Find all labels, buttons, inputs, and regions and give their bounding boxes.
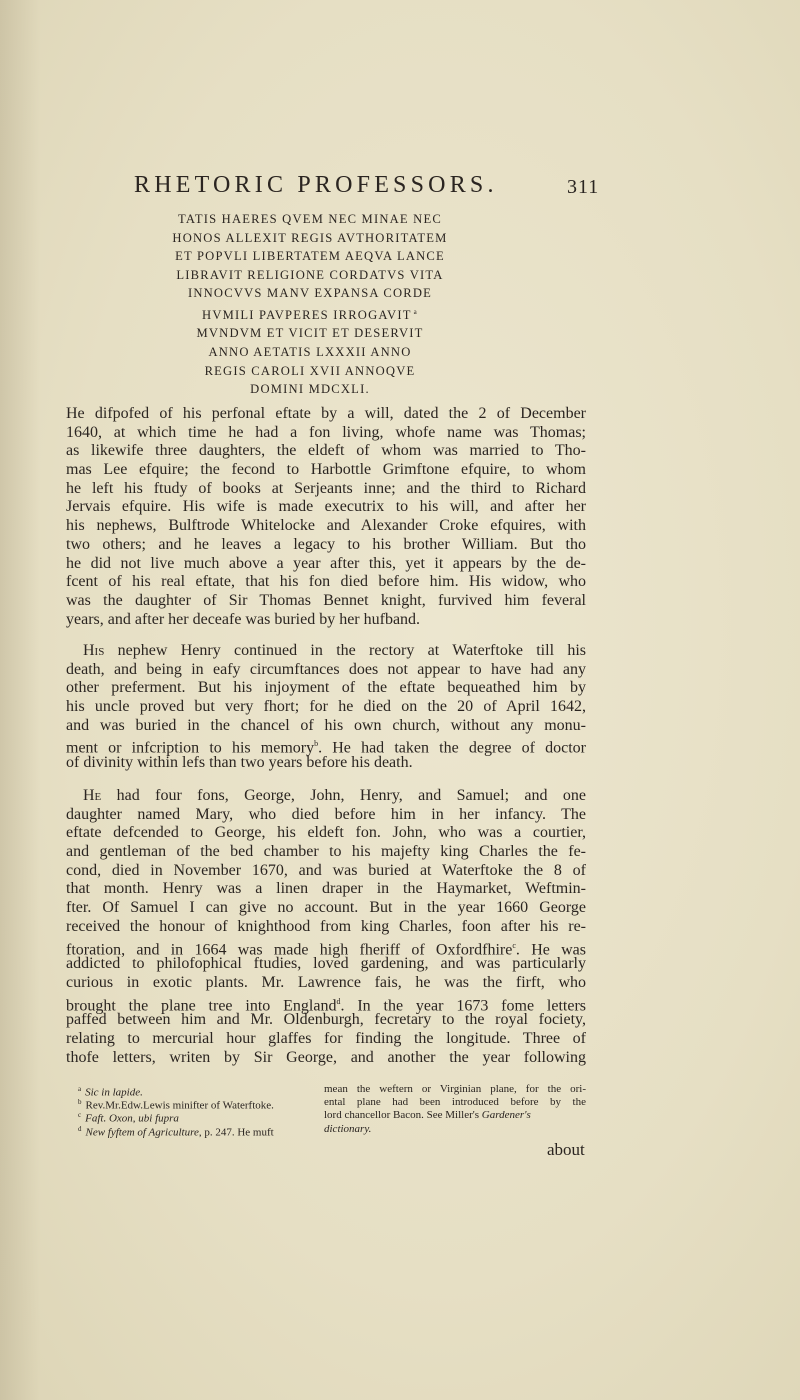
catchword: about bbox=[547, 1140, 585, 1160]
footnotes-left-column: aSic in lapide. bRev.Mr.Edw.Lewis minift… bbox=[78, 1083, 323, 1136]
lead-word: He bbox=[83, 787, 101, 804]
footnote-text: , p. 247. He muft bbox=[199, 1126, 274, 1138]
footnote-mark: a bbox=[78, 1085, 81, 1093]
text-line: received the honour of knighthood from k… bbox=[66, 918, 586, 937]
text-line: other preferment. But his injoyment of t… bbox=[66, 679, 586, 698]
text-line: 1640, at which time he had a fon living,… bbox=[66, 424, 586, 443]
footnote-text: lord chancellor Bacon. See Miller's bbox=[324, 1109, 479, 1121]
footnote-title: New fyftem of Agriculture bbox=[86, 1126, 199, 1138]
paragraph-2: His nephew Henry continued in the rector… bbox=[66, 642, 586, 773]
text-line: curious in exotic plants. Mr. Lawrence f… bbox=[66, 974, 586, 993]
epitaph-line: HVMILI PAVPERES IRROGAVITa bbox=[80, 303, 540, 325]
epitaph-line: LIBRAVIT RELIGIONE CORDATVS VITA bbox=[80, 266, 540, 285]
footnote-ref: a bbox=[414, 308, 418, 316]
text-line: eftate defcended to George, his eldeft f… bbox=[66, 824, 586, 843]
footnotes-right-column: mean the weftern or Virginian plane, for… bbox=[324, 1083, 586, 1136]
footnote-continuation: mean the weftern or Virginian plane, for… bbox=[324, 1083, 586, 1096]
epitaph-line: ANNO AETATIS LXXXII ANNO bbox=[80, 343, 540, 362]
epitaph-text: HVMILI PAVPERES IRROGAVIT bbox=[202, 308, 412, 322]
footnote: bRev.Mr.Edw.Lewis minifter of Waterftoke… bbox=[78, 1096, 323, 1109]
text-line: daughter named Mary, who died before him… bbox=[66, 806, 586, 825]
text-line: ftoration, and in 1664 was made high fhe… bbox=[66, 937, 586, 956]
text-line: two others; and he leaves a legacy to hi… bbox=[66, 536, 586, 555]
text-line: as likewife three daughters, the eldeft … bbox=[66, 442, 586, 461]
paragraph-3: He had four fons, George, John, Henry, a… bbox=[66, 787, 586, 1067]
epitaph-line: REGIS CAROLI XVII ANNOQVE bbox=[80, 362, 540, 381]
text-line: was the daughter of Sir Thomas Bennet kn… bbox=[66, 592, 586, 611]
footnote-title: dictionary. bbox=[324, 1123, 371, 1135]
text-line: Jervais efquire. His wife is made execut… bbox=[66, 498, 586, 517]
footnote-mark: d bbox=[78, 1125, 82, 1133]
text-line: ment or infcription to his memoryb. He h… bbox=[66, 735, 586, 754]
footnote-continuation: ental plane had been introduced before b… bbox=[324, 1096, 586, 1109]
footnote-mark: c bbox=[78, 1111, 81, 1119]
epitaph-line: ET POPVLI LIBERTATEM AEQVA LANCE bbox=[80, 247, 540, 266]
text-line: thofe letters, writen by Sir George, and… bbox=[66, 1049, 586, 1068]
text-line: addicted to philofophical ftudies, loved… bbox=[66, 955, 586, 974]
epitaph-inscription: TATIS HAERES QVEM NEC MINAE NEC HONOS AL… bbox=[80, 210, 540, 399]
footnote: dNew fyftem of Agriculture, p. 247. He m… bbox=[78, 1123, 323, 1136]
epitaph-line: INNOCVVS MANV EXPANSA CORDE bbox=[80, 284, 540, 303]
text-line: cond, died in November 1670, and was bur… bbox=[66, 862, 586, 881]
text-line: mas Lee efquire; the fecond to Harbottle… bbox=[66, 461, 586, 480]
text-line: and was buried in the chancel of his own… bbox=[66, 717, 586, 736]
text-line: His nephew Henry continued in the rector… bbox=[66, 642, 586, 661]
line-text: had four fons, George, John, Henry, and … bbox=[101, 787, 586, 804]
page-header: RHETORIC PROFESSORS. 311 bbox=[134, 172, 594, 202]
line-text: nephew Henry continued in the rectory at… bbox=[104, 642, 586, 659]
text-line: relating to mercurial hour glaffes for f… bbox=[66, 1030, 586, 1049]
footnote-continuation: lord chancellor Bacon. See Miller's Gard… bbox=[324, 1109, 586, 1122]
footnote-mark: b bbox=[78, 1098, 82, 1106]
running-head: RHETORIC PROFESSORS. bbox=[134, 172, 498, 199]
text-line: paffed between him and Mr. Oldenburgh, f… bbox=[66, 1011, 586, 1030]
epitaph-line: TATIS HAERES QVEM NEC MINAE NEC bbox=[80, 210, 540, 229]
text-line: He difpofed of his perfonal eftate by a … bbox=[66, 405, 586, 424]
epitaph-line: DOMINI MDCXLI. bbox=[80, 380, 540, 399]
footnote-continuation: dictionary. bbox=[324, 1123, 586, 1136]
text-line: fter. Of Samuel I can give no account. B… bbox=[66, 899, 586, 918]
footnote-title: Gardener's bbox=[482, 1109, 531, 1121]
page-gutter-shadow bbox=[0, 0, 40, 1400]
paragraph-1: He difpofed of his perfonal eftate by a … bbox=[66, 405, 586, 629]
text-line: his nephews, Bulftrode Whitelocke and Al… bbox=[66, 517, 586, 536]
epitaph-line: HONOS ALLEXIT REGIS AVTHORITATEM bbox=[80, 229, 540, 248]
text-line: years, and after her deceafe was buried … bbox=[66, 611, 586, 630]
footnote: aSic in lapide. bbox=[78, 1083, 323, 1096]
text-line: he did not live much above a year after … bbox=[66, 555, 586, 574]
page-number: 311 bbox=[567, 176, 599, 199]
text-line: death, and being in eafy circumftances d… bbox=[66, 661, 586, 680]
text-line: He had four fons, George, John, Henry, a… bbox=[66, 787, 586, 806]
text-line: fcent of his real eftate, that his fon d… bbox=[66, 573, 586, 592]
lead-word: His bbox=[83, 642, 104, 659]
text-line: brought the plane tree into Englandd. In… bbox=[66, 993, 586, 1012]
text-line: his uncle proved but very fhort; for he … bbox=[66, 698, 586, 717]
text-line: and gentleman of the bed chamber to his … bbox=[66, 843, 586, 862]
text-line: he left his ftudy of books at Serjeants … bbox=[66, 480, 586, 499]
text-line: that month. Henry was a linen draper in … bbox=[66, 880, 586, 899]
epitaph-line: MVNDVM ET VICIT ET DESERVIT bbox=[80, 324, 540, 343]
